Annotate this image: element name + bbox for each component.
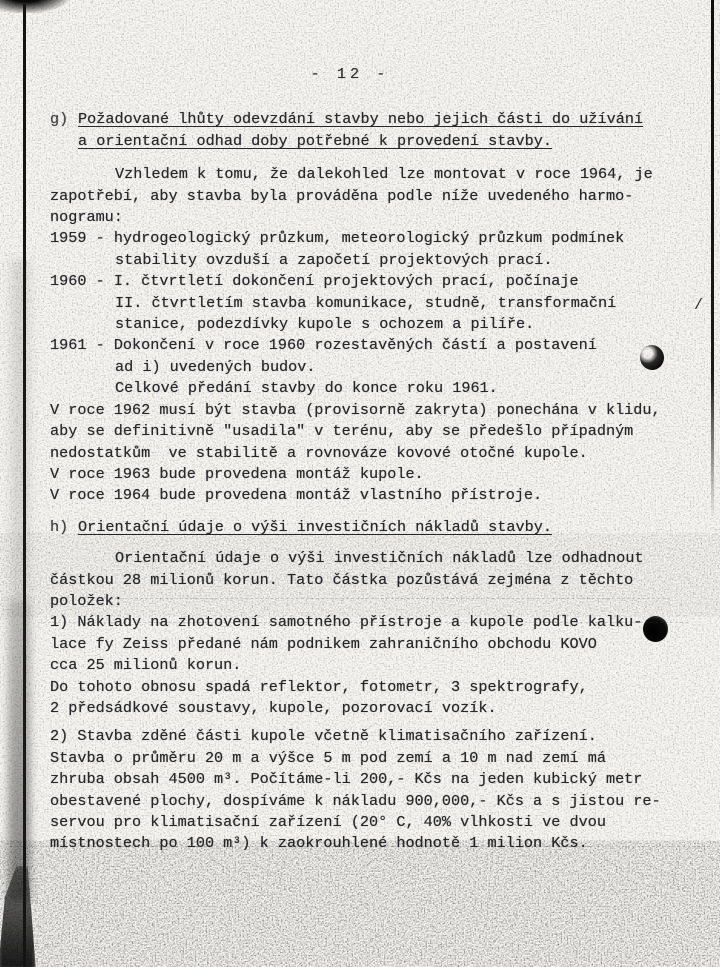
text-line: servou pro klimatisační zařízení (20° C,… (50, 812, 690, 833)
page-number: - 12 - (50, 64, 690, 85)
scan-bottom-smudge (0, 866, 36, 967)
costs-intro: Orientační údaje o výši investičních nák… (50, 548, 690, 612)
text-line: Vzhledem k tomu, že dalekohled lze monto… (50, 164, 690, 185)
text-line: Do tohoto obnosu spadá reflektor, fotome… (50, 677, 690, 698)
schedule-line: II. čtvrtletím stavba komunikace, studně… (50, 293, 690, 314)
schedule-line: stability ovzduší a započetí projektovýc… (50, 250, 690, 271)
schedule-line: Celkové předání stavby do konce roku 196… (50, 378, 690, 399)
text-line: nedostatkům ve stabilitě a rovnováze kov… (50, 443, 690, 464)
schedule-text: hydrogeologický průzkum, meteorologický … (114, 229, 624, 247)
schedule-list: 1959 - hydrogeologický průzkum, meteorol… (50, 228, 690, 399)
text-line: nogramu: (50, 207, 690, 228)
scan-right-edge-line (711, 0, 714, 520)
text-line: Stavba o průměru 20 m a výšce 5 m pod ze… (50, 748, 690, 769)
stray-slash-mark: / (694, 297, 703, 314)
document-blocks: g)Požadované lhůty odevzdání stavby nebo… (50, 109, 690, 854)
schedule-line: 1959 - hydrogeologický průzkum, meteorol… (50, 228, 690, 249)
heading-label: h) (50, 517, 78, 538)
text-line: částkou 28 milionů korun. Tato částka po… (50, 570, 690, 591)
schedule-line: stanice, podezdívky kupole s ochozem a p… (50, 314, 690, 335)
text-line: položek: (50, 591, 690, 612)
heading-lines: Požadované lhůty odevzdání stavby nebo j… (78, 109, 643, 152)
text-line: 2 předsádkové soustavy, kupole, pozorova… (50, 698, 690, 719)
text-line: lace fy Zeiss předané nám podnikem zahra… (50, 634, 690, 655)
text-line: místnostech po 100 m³) k zaokrouhlené ho… (50, 833, 690, 854)
scanned-document-page: - 12 - g)Požadované lhůty odevzdání stav… (0, 0, 720, 967)
section-h-heading: h)Orientační údaje o výši investičních n… (50, 517, 690, 538)
heading-line: Orientační údaje o výši investičních nák… (78, 517, 552, 538)
para-1962-1964: V roce 1962 musí být stavba (provisorně … (50, 400, 690, 507)
text-line: cca 25 milionů korun. (50, 655, 690, 676)
text-line: obestavené plochy, dospíváme k nákladu 9… (50, 791, 690, 812)
heading-line: Požadované lhůty odevzdání stavby nebo j… (78, 109, 643, 130)
text-line: Orientační údaje o výši investičních nák… (50, 548, 690, 569)
scan-left-edge-line (23, 4, 26, 967)
text-line: 1) Náklady na zhotovení samotného přístr… (50, 612, 690, 633)
text-line: zhruba obsah 4500 m³. Počítáme-li 200,- … (50, 769, 690, 790)
text-line: V roce 1964 bude provedena montáž vlastn… (50, 485, 690, 506)
text-line: V roce 1963 bude provedena montáž kupole… (50, 464, 690, 485)
schedule-intro: Vzhledem k tomu, že dalekohled lze monto… (50, 164, 690, 228)
text-line: V roce 1962 musí být stavba (provisorně … (50, 400, 690, 421)
schedule-line: 1961 - Dokončení v roce 1960 rozestavěný… (50, 335, 690, 356)
schedule-line: 1960 - I. čtvrtletí dokončení projektový… (50, 271, 690, 292)
cost-item-2: 2) Stavba zděné části kupole včetně klim… (50, 726, 690, 854)
scan-corner-smudge (0, 0, 70, 13)
heading-line: a orientační odhad doby potřebné k prove… (78, 131, 643, 152)
text-line: 2) Stavba zděné části kupole včetně klim… (50, 726, 690, 747)
year-label: 1959 - (50, 229, 114, 247)
year-label: 1961 - (50, 336, 114, 354)
schedule-text: I. čtvrtletí dokončení projektových prac… (114, 272, 579, 290)
text-line: aby se definitivně "usadila" v terénu, a… (50, 421, 690, 442)
section-g-heading: g)Požadované lhůty odevzdání stavby nebo… (50, 109, 690, 152)
scan-edge-smudge (8, 600, 30, 900)
cost-item-1: 1) Náklady na zhotovení samotného přístr… (50, 612, 690, 719)
year-label: 1960 - (50, 272, 114, 290)
schedule-text: Dokončení v roce 1960 rozestavěných část… (114, 336, 597, 354)
text-line: zapotřebí, aby stavba byla prováděna pod… (50, 186, 690, 207)
heading-lines: Orientační údaje o výši investičních nák… (78, 517, 552, 538)
scan-edge-shadow (12, 260, 28, 900)
document-content: - 12 - g)Požadované lhůty odevzdání stav… (50, 64, 690, 855)
schedule-line: ad i) uvedených budov. (50, 357, 690, 378)
heading-label: g) (50, 109, 78, 130)
